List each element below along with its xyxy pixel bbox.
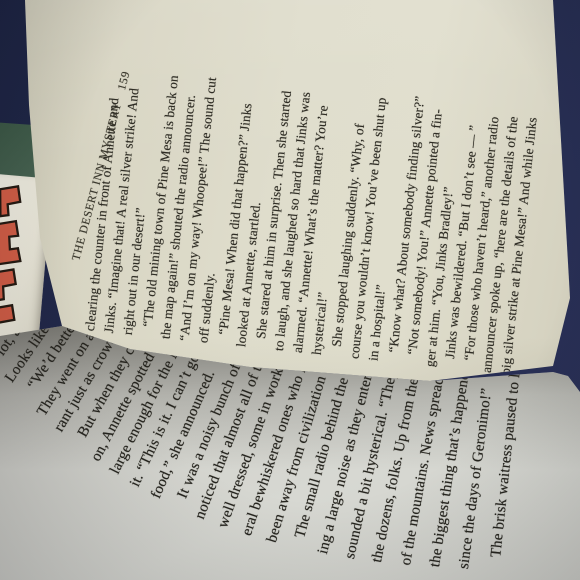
red-letters-art (0, 180, 42, 353)
page-text: clearing the counter in front of Annette… (80, 32, 546, 376)
photo-scene: ANNETTEs lot, and more listeningLooks li… (0, 0, 580, 580)
text-line: The brisk waitress paused to liste (488, 351, 526, 569)
